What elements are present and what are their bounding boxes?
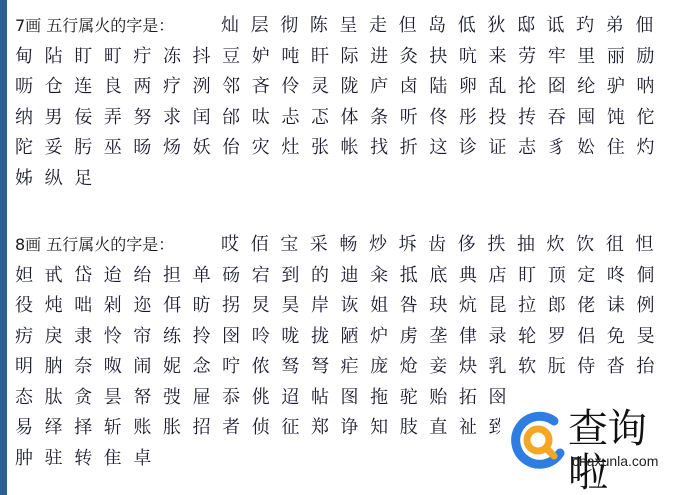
fire-element-char: 陆 [429,72,459,103]
fire-element-char: 盯 [518,261,548,292]
fire-element-char: 驴 [607,72,637,103]
fire-element-char: 念 [193,352,223,383]
fire-element-char: 佃 [635,11,665,42]
fire-element-char: 陇 [341,72,371,103]
fire-element-char: 彻 [280,11,310,42]
fire-element-char: 足 [74,164,104,195]
fire-element-char: 担 [163,261,193,292]
fire-element-char: 抉 [429,42,459,73]
fire-element-char: 层 [251,11,281,42]
fire-element-char: 岱 [74,261,104,292]
fire-element-char: 咎 [400,291,430,322]
fire-element-char: 役 [15,291,45,322]
fire-element-char: 证 [489,133,519,164]
fire-element-char: 帘 [133,322,163,353]
fire-element-char: 戾 [45,322,75,353]
fire-element-char: 屉 [193,383,223,414]
fire-element-char: 妮 [163,352,193,383]
fire-element-char: 张 [311,133,341,164]
fire-element-char: 卵 [459,72,489,103]
fire-element-char: 绎 [45,413,75,444]
fire-element-char: 轮 [518,322,548,353]
fire-element-char: 佟 [429,103,459,134]
fire-element-char: 炖 [45,291,75,322]
fire-element-char: 体 [341,103,371,134]
fire-element-char: 佻 [252,383,282,414]
fire-element-char: 冻 [163,42,193,73]
fire-element-char: 抬 [636,352,666,383]
fire-element-char: 灼 [636,133,666,164]
fire-element-char: 拓 [459,383,489,414]
fire-element-char: 佗 [636,103,666,134]
fire-element-char: 灾 [252,133,282,164]
fire-element-char: 灿 [221,11,251,42]
fire-element-char: 底 [429,261,459,292]
fire-element-char: 坼 [399,230,429,261]
fire-element-char: 炒 [369,230,399,261]
fire-element-char: 绐 [133,261,163,292]
fire-element-char: 男 [45,103,75,134]
fire-element-char: 巫 [104,133,134,164]
fire-element-char: 忑 [311,103,341,134]
fire-element-char: 低 [458,11,488,42]
fire-element-char: 帖 [311,383,341,414]
fire-element-char: 吭 [459,42,489,73]
fire-element-char: 昆 [489,291,519,322]
fire-element-char: 侍 [577,352,607,383]
fire-element-char: 两 [133,72,163,103]
fire-element-char: 但 [399,11,429,42]
fire-element-char: 求 [163,103,193,134]
fire-element-char: 郑 [311,413,341,444]
fire-element-char: 彤 [459,103,489,134]
fire-element-char: 找 [370,133,400,164]
fire-element-char: 抡 [518,72,548,103]
fire-element-char: 条 [370,103,400,134]
fire-element-char: 肢 [400,413,430,444]
fire-element-char: 抵 [400,261,430,292]
fire-element-char: 旻 [636,322,666,353]
fire-element-char: 肽 [45,383,75,414]
fire-element-char: 侈 [458,230,488,261]
fire-element-char: 迨 [104,261,134,292]
fire-element-char: 豸 [548,133,578,164]
fire-element-char: 侦 [252,413,282,444]
fire-element-char: 陀 [15,133,45,164]
fire-element-char: 邸 [517,11,547,42]
fire-element-char: 良 [104,72,134,103]
fire-element-char: 佰 [251,230,281,261]
fire-element-char: 帐 [341,133,371,164]
fire-element-char: 砀 [222,261,252,292]
fire-element-char: 卤 [400,72,430,103]
fire-element-char: 迩 [133,291,163,322]
fire-element-char: 努 [133,103,163,134]
fire-element-char: 这 [429,133,459,164]
fire-element-char: 忝 [222,383,252,414]
fire-element-char: 贪 [74,383,104,414]
fire-element-char: 侓 [459,322,489,353]
fire-element-char: 择 [74,413,104,444]
fire-element-char: 疟 [341,352,371,383]
fire-element-char: 饨 [607,103,637,134]
fire-element-char: 里 [577,42,607,73]
fire-element-char: 佞 [74,103,104,134]
fire-element-char: 志 [518,133,548,164]
fire-element-char: 炉 [370,322,400,353]
fire-element-char: 陈 [310,11,340,42]
fire-element-char: 侗 [636,261,666,292]
fire-element-char: 斩 [104,413,134,444]
fire-element-char: 练 [163,322,193,353]
fire-element-char: 籴 [370,261,400,292]
fire-element-char: 抽 [517,230,547,261]
fire-element-char: 闰 [193,103,223,134]
left-border-bar [0,0,7,495]
fire-element-char: 隹 [104,444,134,475]
fire-element-char: 投 [489,103,519,134]
fire-element-char: 拎 [193,322,223,353]
search-logo-icon [508,409,570,471]
fire-element-char: 者 [222,413,252,444]
fire-element-char: 折 [400,133,430,164]
fire-element-char: 直 [429,413,459,444]
char-row: 役炖咄剁迩佴昉拐炅昊岸诙姐咎玦炕昆拉郎佬诔例 [15,291,666,322]
fire-element-char: 沓 [607,352,637,383]
fire-element-char: 剁 [104,291,134,322]
fire-element-char: 罗 [548,322,578,353]
fire-element-char: 昊 [281,291,311,322]
fire-element-char: 町 [104,42,134,73]
char-row: 甸阽盯町疔冻抖豆妒吨盰际进灸抉吭来劳牢里丽励 [15,42,666,73]
fire-element-char: 肭 [45,352,75,383]
fire-element-char: 灸 [400,42,430,73]
fire-element-char: 畅 [339,230,369,261]
fire-element-char: 盰 [311,42,341,73]
char-row: 陀妥肟巫旸炀妖佁灾灶张帐找折这诊证志豸妐住灼 [15,133,666,164]
fire-element-char: 伶 [281,72,311,103]
fire-element-char: 知 [370,413,400,444]
fire-element-char: 吞 [548,103,578,134]
fire-element-char: 妒 [252,42,282,73]
fire-element-char: 弢 [163,383,193,414]
fire-element-char: 弟 [606,11,636,42]
fire-element-char: 咄 [74,291,104,322]
fire-element-char: 侣 [577,322,607,353]
section-heading: 8画 五行属火的字是： [15,230,221,261]
fire-element-char: 拖 [370,383,400,414]
char-row: 8画 五行属火的字是：哎佰宝采畅炒坼齿侈抶抽炊饮徂怛 [15,230,666,261]
fire-element-char: 来 [489,42,519,73]
fire-element-char: 图 [341,383,371,414]
fire-element-char: 诤 [341,413,371,444]
fire-element-char: 丽 [607,42,637,73]
fire-element-char: 旸 [133,133,163,164]
fire-element-char: 咚 [607,261,637,292]
fire-element-char: 呐 [636,72,666,103]
fire-element-char: 软 [518,352,548,383]
fire-element-char: 祉 [459,413,489,444]
fire-element-char: 卓 [133,444,163,475]
fire-element-char: 朊 [548,352,578,383]
fire-element-char: 庞 [370,352,400,383]
fire-element-char: 呈 [339,11,369,42]
fire-element-char: 呶 [104,352,134,383]
fire-element-char: 纶 [577,72,607,103]
watermark-url: chaxunla.com [572,453,658,469]
fire-element-char: 隶 [74,322,104,353]
fire-element-char: 易 [15,413,45,444]
fire-element-char: 抖 [193,42,223,73]
fire-element-char: 乱 [489,72,519,103]
fire-element-char: 闹 [133,352,163,383]
fire-element-char: 灶 [281,133,311,164]
fire-element-char: 咛 [222,352,252,383]
fire-element-char: 囹 [222,322,252,353]
fire-element-char: 奈 [74,352,104,383]
fire-element-char: 灵 [311,72,341,103]
fire-element-char: 纳 [15,103,45,134]
fire-element-char: 咙 [281,322,311,353]
fire-element-char: 邰 [222,103,252,134]
fire-element-char: 玓 [576,11,606,42]
fire-element-char: 甙 [45,261,75,292]
fire-element-char: 驼 [400,383,430,414]
fire-element-char: 态 [15,383,45,414]
fire-element-char: 抶 [487,230,517,261]
fire-element-char: 妖 [193,133,223,164]
fire-element-char: 店 [489,261,519,292]
char-row: 妲甙岱迨绐担单砀宕到的迪籴抵底典店盯顶定咚侗 [15,261,666,292]
fire-element-char: 忐 [281,103,311,134]
fire-element-char: 炕 [459,291,489,322]
fire-element-char: 拐 [222,291,252,322]
fire-element-char: 庐 [370,72,400,103]
fire-element-char: 吝 [252,72,282,103]
fire-element-char: 典 [459,261,489,292]
fire-element-char: 妥 [45,133,75,164]
fire-element-char: 盯 [74,42,104,73]
fire-element-char: 住 [607,133,637,164]
fire-element-char: 洌 [193,72,223,103]
fire-element-char: 姐 [370,291,400,322]
fire-element-char: 弩 [311,352,341,383]
fire-element-char: 肿 [15,444,45,475]
fire-element-char: 哎 [221,230,251,261]
fire-element-char: 走 [369,11,399,42]
fire-element-char: 佬 [577,291,607,322]
fire-element-char: 阽 [45,42,75,73]
fire-element-char: 妾 [429,352,459,383]
fire-element-char: 甸 [15,42,45,73]
char-row: 明肭奈呶闹妮念咛侬驽弩疟庞炝妾炔乳软朊侍沓抬 [15,352,666,383]
fire-element-char: 帑 [133,383,163,414]
fire-element-char: 炊 [547,230,577,261]
fire-element-char: 炝 [400,352,430,383]
fire-element-char: 听 [400,103,430,134]
fire-element-char: 采 [310,230,340,261]
fire-element-char: 定 [577,261,607,292]
watermark: 查询啦 chaxunla.com [500,405,674,490]
fire-element-char: 佁 [222,133,252,164]
fire-element-char: 仓 [45,72,75,103]
fire-element-char: 迢 [281,383,311,414]
fire-element-char: 单 [193,261,223,292]
fire-element-char: 际 [341,42,371,73]
fire-element-char: 岸 [311,291,341,322]
fire-element-char: 怛 [635,230,665,261]
fire-element-char: 转 [74,444,104,475]
fire-element-char: 诋 [547,11,577,42]
fire-element-char: 牢 [548,42,578,73]
fire-element-char: 的 [311,261,341,292]
fire-element-char: 拢 [311,322,341,353]
fire-element-char: 宕 [252,261,282,292]
section-heading: 7画 五行属火的字是： [15,11,221,42]
fire-element-char: 抟 [518,103,548,134]
fire-element-char: 到 [281,261,311,292]
watermark-brand: 查询啦 [568,407,674,495]
fire-element-char: 劳 [518,42,548,73]
fire-element-char: 邻 [222,72,252,103]
fire-element-char: 顶 [548,261,578,292]
fire-element-char: 胀 [163,413,193,444]
section-7-strokes: 7画 五行属火的字是：灿层彻陈呈走但岛低狄邸诋玓弟佃甸阽盯町疔冻抖豆妒吨盰际进灸… [15,11,666,194]
fire-element-char: 囤 [577,103,607,134]
fire-element-char: 拉 [518,291,548,322]
fire-element-char: 乳 [489,352,519,383]
fire-element-char: 囵 [548,72,578,103]
fire-element-char: 呤 [252,322,282,353]
fire-element-char: 征 [281,413,311,444]
fire-element-char: 迪 [341,261,371,292]
char-row: 7画 五行属火的字是：灿层彻陈呈走但岛低狄邸诋玓弟佃 [15,11,666,42]
fire-element-char: 录 [489,322,519,353]
fire-element-char: 呖 [15,72,45,103]
fire-element-char: 诊 [459,133,489,164]
fire-element-char: 肟 [74,133,104,164]
fire-element-char: 呔 [252,103,282,134]
char-row: 纳男佞弄努求闰邰呔忐忑体条听佟彤投抟吞囤饨佗 [15,103,666,134]
fire-element-char: 狄 [487,11,517,42]
fire-element-char: 疔 [133,42,163,73]
fire-element-char: 昉 [193,291,223,322]
fire-element-char: 贻 [429,383,459,414]
fire-element-char: 玦 [429,291,459,322]
fire-element-char: 郎 [548,291,578,322]
fire-element-char: 妲 [15,261,45,292]
fire-element-char: 妐 [577,133,607,164]
fire-element-char: 吨 [281,42,311,73]
fire-element-char: 陋 [341,322,371,353]
fire-element-char: 昙 [104,383,134,414]
fire-element-char: 姊 [15,164,45,195]
fire-element-char: 连 [74,72,104,103]
fire-element-char: 明 [15,352,45,383]
fire-element-char: 例 [636,291,666,322]
fire-element-char: 岛 [428,11,458,42]
fire-element-char: 账 [133,413,163,444]
fire-element-char: 炔 [459,352,489,383]
fire-element-char: 齿 [428,230,458,261]
fire-element-char: 励 [636,42,666,73]
fire-element-char: 弄 [104,103,134,134]
fire-element-char: 豆 [222,42,252,73]
fire-element-char: 徂 [606,230,636,261]
fire-element-char: 虏 [400,322,430,353]
char-row: 呖仓连良两疗洌邻吝伶灵陇庐卤陆卵乱抡囵纶驴呐 [15,72,666,103]
char-row: 疠戾隶怜帘练拎囹呤咙拢陋炉虏垄侓录轮罗侣免旻 [15,322,666,353]
fire-element-char: 疠 [15,322,45,353]
fire-element-char: 垄 [429,322,459,353]
fire-element-char: 进 [370,42,400,73]
fire-element-char: 怜 [104,322,134,353]
fire-element-char: 炅 [252,291,282,322]
fire-element-char: 招 [193,413,223,444]
fire-element-char: 疗 [163,72,193,103]
fire-element-char: 佴 [163,291,193,322]
fire-element-char: 宝 [280,230,310,261]
char-row: 姊纵足 [15,164,666,195]
fire-element-char: 饮 [576,230,606,261]
fire-element-char: 免 [607,322,637,353]
fire-element-char: 驽 [281,352,311,383]
fire-element-char: 诙 [341,291,371,322]
fire-element-char: 诔 [607,291,637,322]
fire-element-char: 驻 [45,444,75,475]
fire-element-char: 纵 [45,164,75,195]
fire-element-char: 炀 [163,133,193,164]
fire-element-char: 侬 [252,352,282,383]
